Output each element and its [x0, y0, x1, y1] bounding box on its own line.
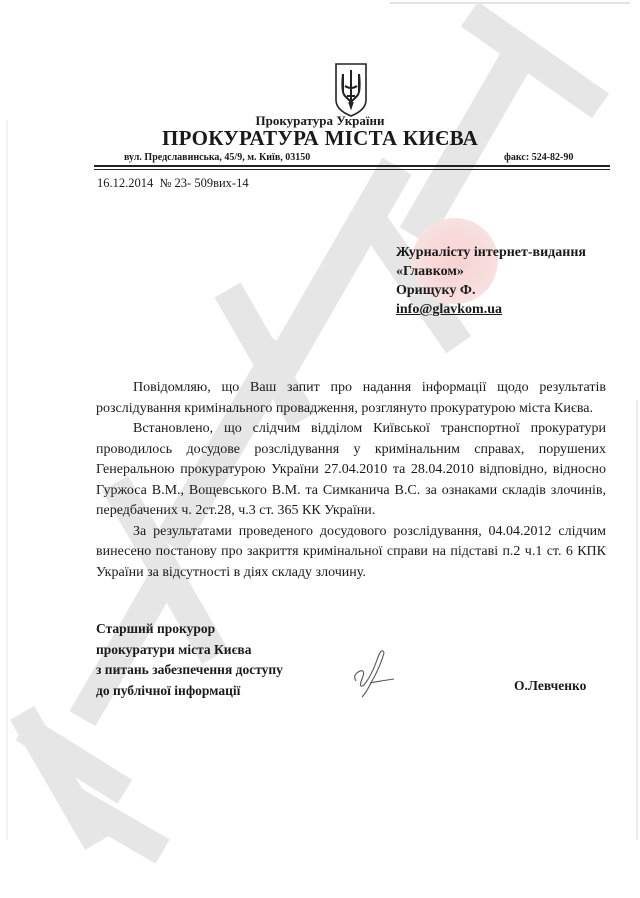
letterhead-rule — [94, 169, 610, 170]
org-name: ПРОКУРАТУРА МІСТА КИЄВА — [0, 126, 640, 151]
reference-line: 16.12.2014 № 23- 509вих-14 — [97, 176, 249, 191]
letter-number: № 23- 509вих-14 — [160, 176, 249, 190]
addressee-line: Орищуку Ф. — [396, 281, 586, 300]
letterhead-rule — [94, 165, 610, 167]
letter-page: Прокуратура України ПРОКУРАТУРА МІСТА КИ… — [0, 0, 640, 898]
signatory-title-line: до публічної інформації — [96, 681, 283, 702]
signatory-title: Старший прокурор прокуратури міста Києва… — [96, 619, 283, 701]
trident-coat-of-arms-icon — [333, 62, 369, 118]
body-paragraph: Повідомляю, що Ваш запит про надання інф… — [96, 378, 606, 419]
org-fax: факс: 524-82-90 — [504, 152, 573, 163]
scan-edge — [390, 2, 630, 4]
handwritten-signature-icon — [350, 645, 400, 701]
addressee-line: Журналісту інтернет-видання — [396, 243, 586, 262]
body-paragraph: За результатами проведеного досудового р… — [96, 522, 606, 584]
letter-body: Повідомляю, що Ваш запит про надання інф… — [96, 378, 606, 583]
scan-edge — [6, 120, 8, 840]
signatory-title-line: прокуратури міста Києва — [96, 640, 283, 661]
signatory-name: О.Левченко — [514, 678, 586, 694]
scan-edge — [636, 400, 638, 840]
addressee-email: info@glavkom.ua — [396, 300, 586, 319]
addressee-line: «Главком» — [396, 262, 586, 281]
signatory-title-line: з питань забезпечення доступу — [96, 660, 283, 681]
body-paragraph: Встановлено, що слідчим відділом Київськ… — [96, 419, 606, 522]
addressee-block: Журналісту інтернет-видання «Главком» Ор… — [396, 243, 586, 319]
letter-date: 16.12.2014 — [97, 176, 153, 190]
org-address: вул. Предславинська, 45/9, м. Київ, 0315… — [124, 152, 310, 163]
signatory-title-line: Старший прокурор — [96, 619, 283, 640]
